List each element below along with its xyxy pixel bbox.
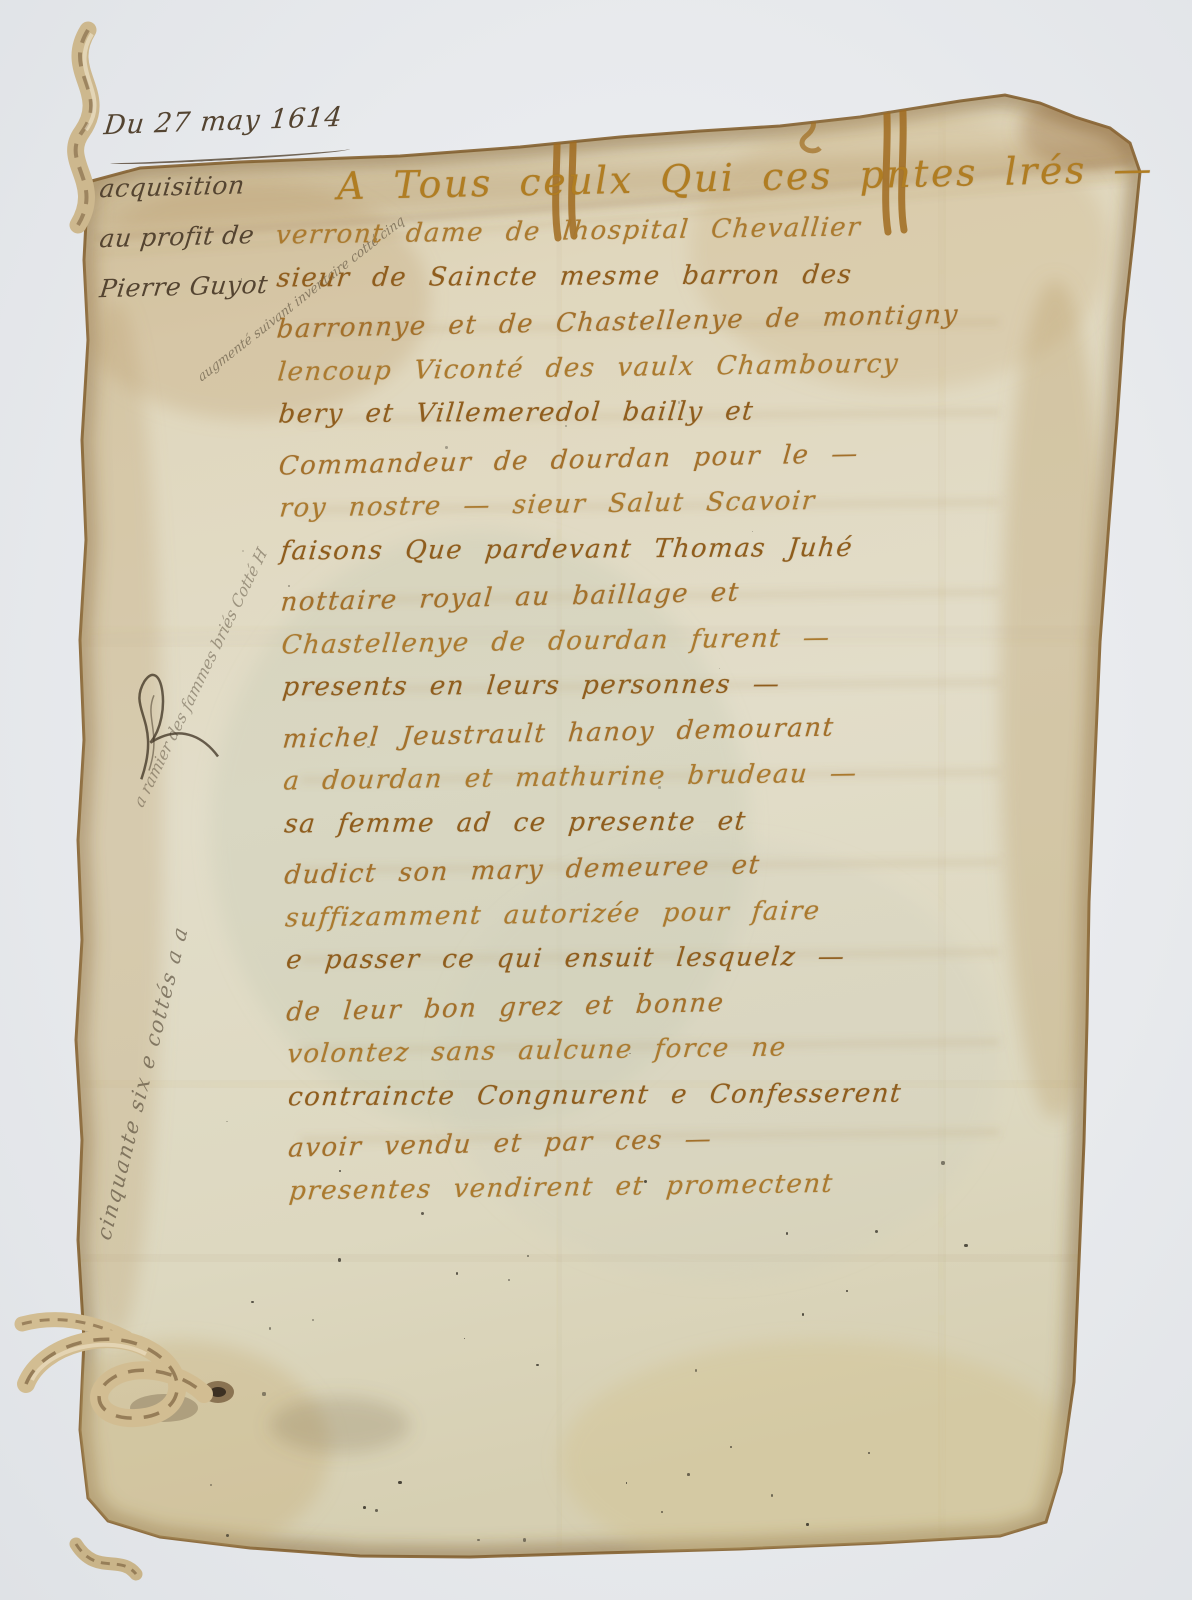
- ink-speck: [464, 1338, 466, 1340]
- ink-speck: [375, 1509, 378, 1512]
- ink-layer: Du 27 may 1614 acquisition au profit de …: [0, 0, 1192, 1600]
- manuscript-line: volontez sans aulcune force ne: [285, 1021, 1079, 1078]
- ink-speck: [226, 1534, 230, 1538]
- margin-notes: acquisition au profit de Pierre Guyot: [100, 162, 268, 312]
- manuscript-line: roy nostre — sieur Salut Scavoir: [278, 475, 1072, 532]
- ink-speck: [338, 1258, 342, 1262]
- ink-speck: [262, 1392, 265, 1395]
- ink-speck: [661, 1511, 663, 1513]
- ink-speck: [367, 746, 369, 748]
- ink-speck: [210, 1484, 212, 1486]
- ink-speck: [312, 1319, 314, 1321]
- ink-speck: [644, 1180, 647, 1183]
- ink-speck: [251, 1301, 254, 1304]
- ink-speck: [730, 1446, 732, 1448]
- ink-speck: [363, 1506, 366, 1509]
- diagonal-annotation: cinquante six e cottés a a: [92, 922, 193, 1243]
- ink-speck: [508, 1279, 510, 1281]
- ink-speck: [964, 1244, 968, 1248]
- photo-background: Du 27 may 1614 acquisition au profit de …: [0, 0, 1192, 1600]
- ink-speck: [445, 446, 448, 449]
- ink-speck: [868, 1452, 870, 1454]
- ink-speck: [875, 1230, 878, 1233]
- ink-speck: [640, 320, 642, 322]
- manuscript-line: a dourdan et mathurine brudeau —: [281, 748, 1075, 805]
- manuscript-line: verront dame de lhospital Chevallier: [274, 202, 1068, 259]
- ink-speck: [802, 1313, 805, 1316]
- ink-speck: [536, 1364, 539, 1367]
- ink-speck: [687, 1473, 690, 1476]
- ink-speck: [527, 1255, 530, 1258]
- ink-speck: [523, 1538, 527, 1542]
- date-note: Du 27 may 1614: [102, 102, 344, 141]
- margin-note-pierre-guyot: Pierre Guyot: [97, 260, 271, 314]
- ink-speck: [695, 1369, 697, 1371]
- margin-note-acquisition: acquisition: [97, 160, 271, 214]
- ink-speck: [806, 1523, 808, 1525]
- ink-speck: [226, 1121, 228, 1123]
- ink-speck: [771, 1494, 773, 1496]
- ink-speck: [626, 1482, 628, 1484]
- ink-speck: [658, 786, 661, 789]
- ink-speck: [941, 1161, 944, 1164]
- ink-speck: [846, 1290, 848, 1292]
- ink-speck: [786, 1232, 789, 1235]
- ink-speck: [242, 550, 244, 552]
- ink-speck: [477, 1539, 480, 1542]
- margin-note-au-profit-de: au profit de: [97, 210, 271, 264]
- ink-speck: [269, 1327, 272, 1330]
- ink-speck: [421, 1212, 424, 1215]
- ink-speck: [456, 1272, 459, 1275]
- manuscript-body: A Tous ceulx Qui ces pntes lrés —verront…: [275, 145, 1080, 1215]
- ink-speck: [398, 1481, 401, 1484]
